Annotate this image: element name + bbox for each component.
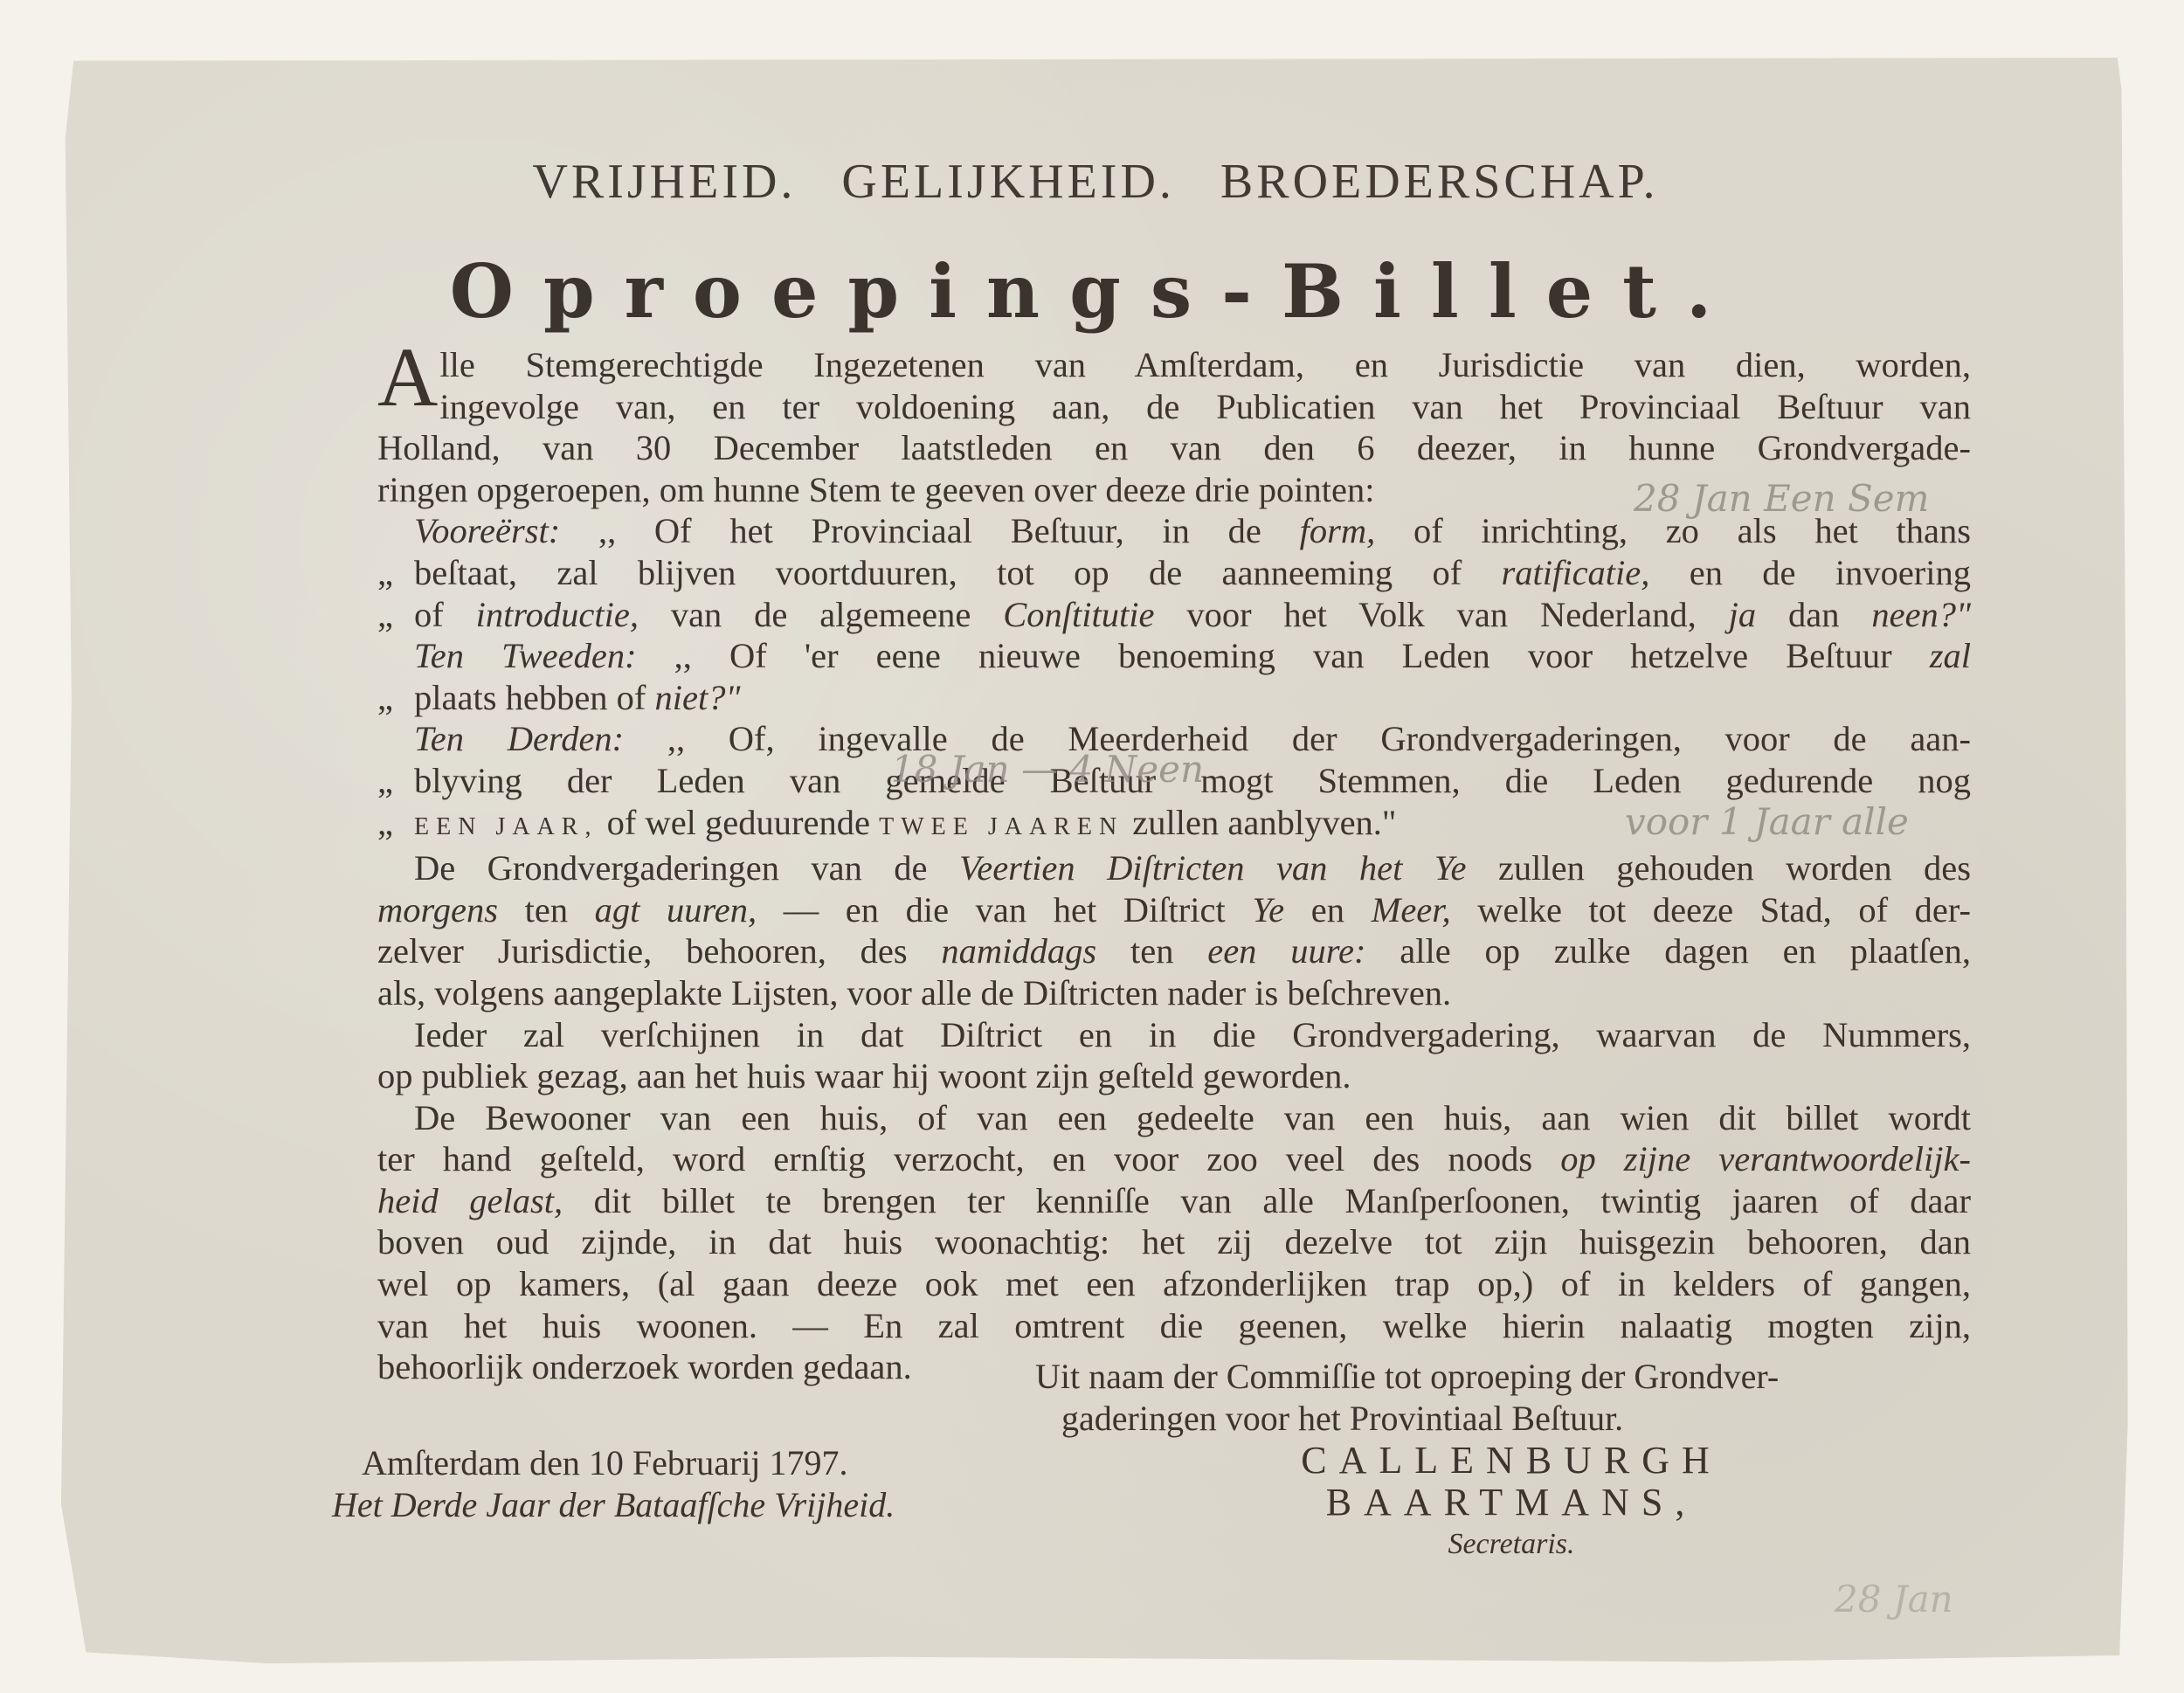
body-line: „plaats hebben of niet?" xyxy=(377,677,1971,719)
signatory-name: CALLENBURGH BAARTMANS, xyxy=(1153,1440,1870,1524)
era-line: Het Derde Jaar der Bataafſche Vrijheid. xyxy=(332,1484,895,1526)
body-line: ingevolge van, en ter voldoening aan, de… xyxy=(377,386,1971,428)
place-date-block: Amſterdam den 10 Februarij 1797. Het Der… xyxy=(332,1442,895,1526)
motto-heading: VRIJHEID. GELIJKHEID. BROEDERSCHAP. xyxy=(61,154,2130,210)
pencil-annotation: 18 Jan — 4 Neen xyxy=(891,748,1204,791)
body-line: Holland, van 30 December laatstleden en … xyxy=(377,427,1971,469)
body-line: van het huis woonen. — En zal omtrent di… xyxy=(377,1305,1971,1347)
signature-block: CALLENBURGH BAARTMANS, Secretaris. xyxy=(1153,1440,1870,1565)
body-line: boven oud zijnde, in dat huis woonachtig… xyxy=(377,1221,1971,1263)
pencil-annotation: voor 1 Jaar alle xyxy=(1625,800,1909,843)
body-line: „beſtaat, zal blijven voortduuren, tot o… xyxy=(377,552,1971,594)
committee-statement: Uit naam der Commiſſie tot oproeping der… xyxy=(1035,1356,1779,1440)
printed-notice-sheet: VRIJHEID. GELIJKHEID. BROEDERSCHAP. Opro… xyxy=(61,58,2130,1665)
body-line: De Bewooner van een huis, of van een ged… xyxy=(377,1097,1971,1139)
body-line: De Grondvergaderingen van de Veertien Di… xyxy=(377,847,1971,889)
body-line: als, volgens aangeplakte Lijsten, voor a… xyxy=(377,972,1971,1014)
body-line: zelver Jurisdictie, behooren, des namidd… xyxy=(377,930,1971,972)
pencil-annotation: 28 Jan xyxy=(1835,1578,1953,1620)
body-line: Alle Stemgerechtigde Ingezetenen van Amſ… xyxy=(377,344,1971,386)
pencil-annotation: 28 Jan Een Sem xyxy=(1634,477,1929,520)
body-line: Ieder zal verſchijnen in dat Diſtrict en… xyxy=(377,1014,1971,1056)
body-line: morgens ten agt uuren, — en die van het … xyxy=(377,889,1971,931)
body-line: op publiek gezag, aan het huis waar hij … xyxy=(377,1055,1971,1097)
signatory-title: Secretaris. xyxy=(1153,1524,1870,1565)
body-line: heid gelast, dit billet te brengen ter k… xyxy=(377,1180,1971,1222)
point-two: Ten Tweeden: ,, Of 'er eene nieuwe benoe… xyxy=(377,635,1971,677)
body-line: wel op kamers, (al gaan deeze ook met ee… xyxy=(377,1263,1971,1305)
document-title: Oproepings-Billet. xyxy=(61,248,2130,335)
place-date: Amſterdam den 10 Februarij 1797. xyxy=(332,1442,895,1484)
body-line: „of introductie, van de algemeene Conſti… xyxy=(377,594,1971,636)
drop-cap: A xyxy=(377,351,438,404)
body-line: ter hand geſteld, word ernſtig verzocht,… xyxy=(377,1138,1971,1180)
